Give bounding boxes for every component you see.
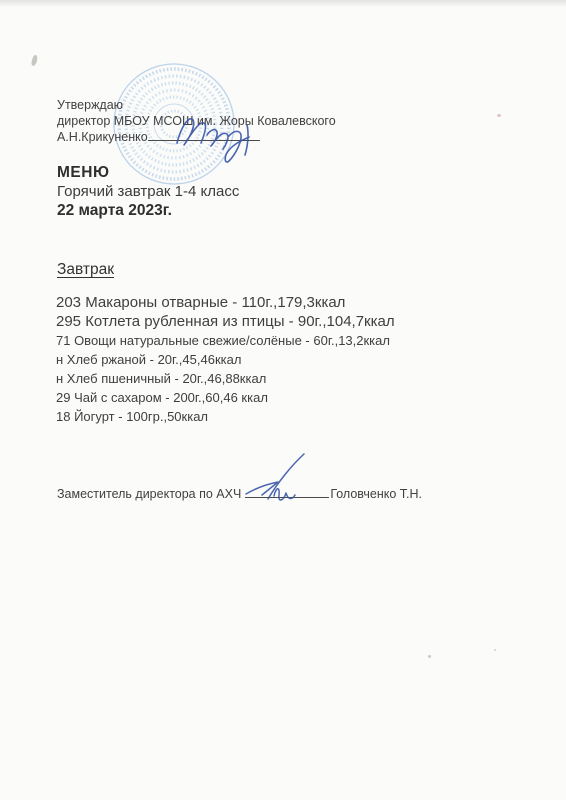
scan-speck [30,54,38,66]
menu-list: 203 Макароны отварные - 110г.,179,3ккал … [56,293,395,426]
menu-item: 203 Макароны отварные - 110г.,179,3ккал [56,293,395,312]
approval-block: Утверждаю директор МБОУ МСОШ им. Жоры Ко… [57,97,336,145]
deputy-name: Головченко Т.Н. [330,487,422,501]
scan-speck [497,114,501,117]
scan-edge-shadow [0,0,566,7]
director-name: А.Н.Крикуненко [57,130,148,144]
menu-item: н Хлеб ржаной - 20г.,45,46ккал [56,350,395,369]
menu-item: 18 Йогурт - 100гр.,50ккал [56,407,395,426]
signature-line [148,129,260,141]
document-date: 22 марта 2023г. [57,201,239,220]
director-title-line: директор МБОУ МСОШ им. Жоры Ковалевского [57,113,336,129]
menu-item: 71 Овощи натуральные свежие/солёные - 60… [56,331,395,350]
director-name-line: А.Н.Крикуненко [57,129,336,145]
document-subtitle: Горячий завтрак 1-4 класс [57,182,239,201]
scan-speck [494,649,496,651]
signature-line [245,486,329,498]
section-heading: Завтрак [57,261,114,279]
title-block: МЕНЮ Горячий завтрак 1-4 класс 22 марта … [57,163,239,220]
scanned-menu-document: Утверждаю директор МБОУ МСОШ им. Жоры Ко… [0,0,566,800]
menu-item: 29 Чай с сахаром - 200г.,60,46 ккал [56,388,395,407]
deputy-role: Заместитель директора по АХЧ [57,487,241,501]
approval-word: Утверждаю [57,97,336,113]
document-title: МЕНЮ [57,163,239,182]
footer-signature-row: Заместитель директора по АХЧГоловченко Т… [57,486,422,501]
menu-item: 295 Котлета рубленная из птицы - 90г.,10… [56,312,395,331]
menu-item: н Хлеб пшеничный - 20г.,46,88ккал [56,369,395,388]
scan-speck [428,655,431,658]
